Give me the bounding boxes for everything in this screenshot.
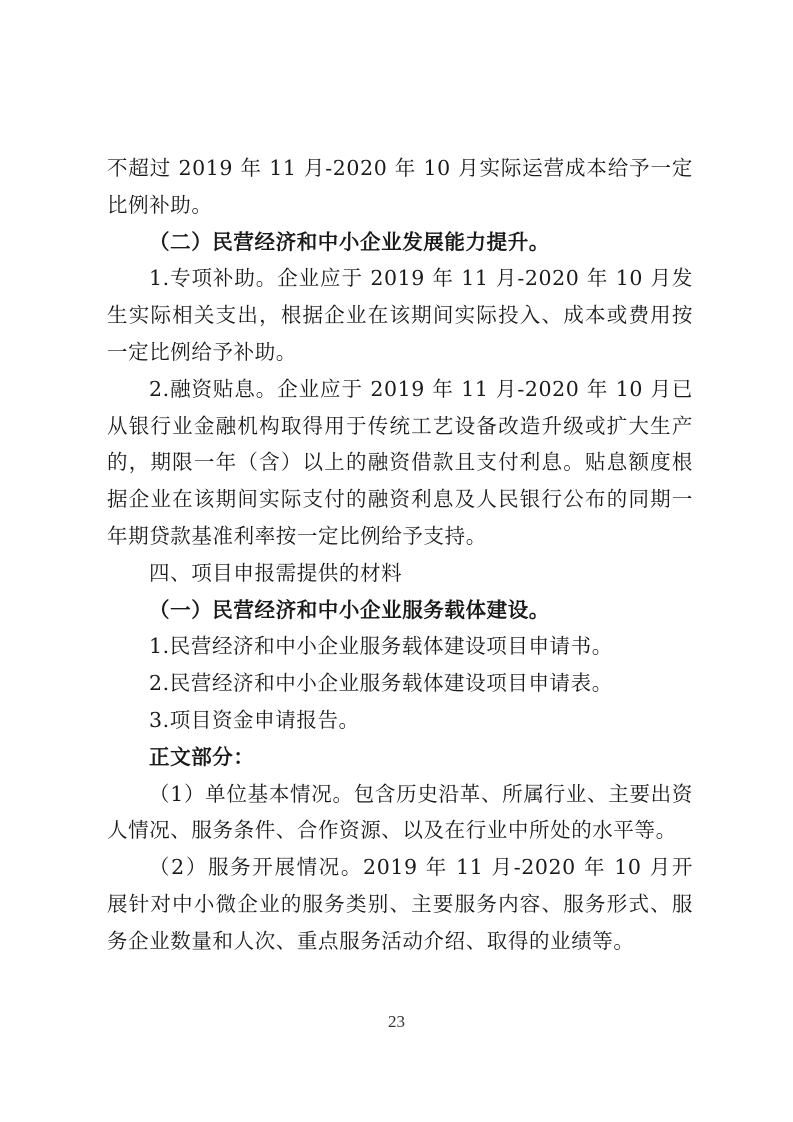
paragraph-service-status: （2）服务开展情况。2019 年 11 月-2020 年 10 月开展针对中小微… [107,849,693,959]
paragraph-basic-info: （1）单位基本情况。包含历史沿革、所属行业、主要出资人情况、服务条件、合作资源、… [107,776,693,850]
section-heading-materials: 四、项目申报需提供的材料 [107,555,693,592]
document-page: 不超过 2019 年 11 月-2020 年 10 月实际运营成本给予一定比例补… [0,0,793,1122]
list-item-application-letter: 1.民营经济和中小企业服务载体建设项目申请书。 [107,628,693,665]
paragraph-financing-interest-subsidy: 2.融资贴息。企业应于 2019 年 11 月-2020 年 10 月已从银行业… [107,371,693,555]
list-item-funding-report: 3.项目资金申请报告。 [107,702,693,739]
heading-capability-improvement: （二）民营经济和中小企业发展能力提升。 [107,224,693,261]
list-item-application-form: 2.民营经济和中小企业服务载体建设项目申请表。 [107,665,693,702]
heading-main-text: 正文部分： [107,739,693,776]
heading-service-carrier: （一）民营经济和中小企业服务载体建设。 [107,592,693,629]
page-body: 不超过 2019 年 11 月-2020 年 10 月实际运营成本给予一定比例补… [107,150,693,960]
page-number: 23 [0,1012,793,1032]
paragraph-special-subsidy: 1.专项补助。企业应于 2019 年 11 月-2020 年 10 月发生实际相… [107,260,693,370]
paragraph-subsidy-continuation: 不超过 2019 年 11 月-2020 年 10 月实际运营成本给予一定比例补… [107,150,693,224]
